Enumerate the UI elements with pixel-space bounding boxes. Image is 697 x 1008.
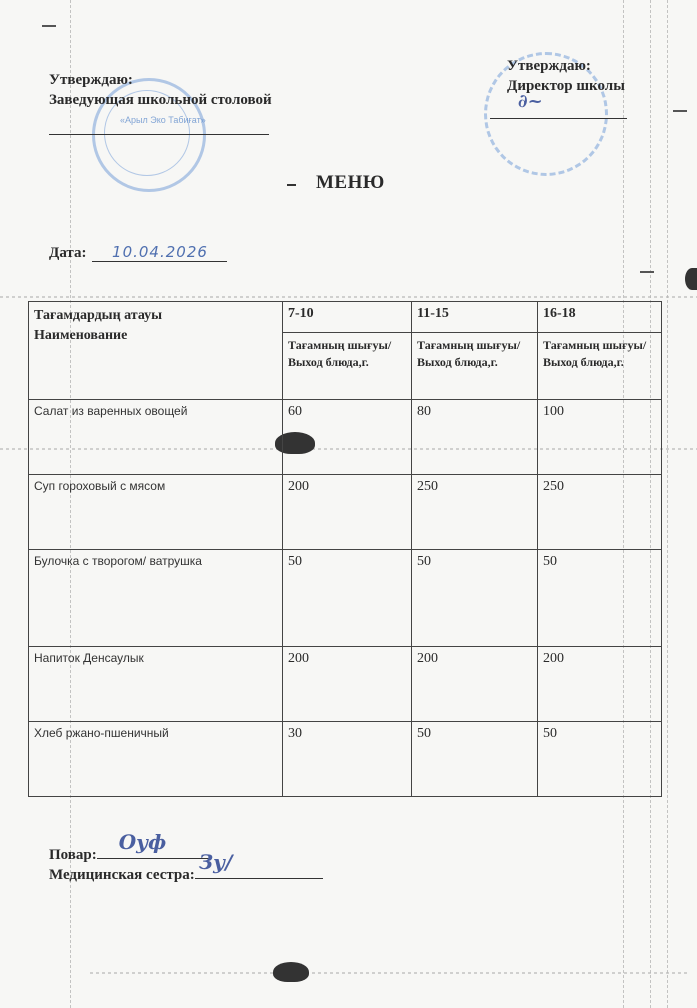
nurse-signature: Зу/ [199,850,233,874]
age-group-header: 7-10 [283,302,412,333]
portion-16-18: 50 [538,722,662,797]
cook-signature-line: Оуф [97,842,210,859]
scan-artifact-line [667,0,668,1008]
date-label: Дата: [49,245,86,261]
table-row: Салат из варенных овощей 60 80 100 [29,400,662,475]
nurse-signature-row: Медицинская сестра:Зу/ [49,862,323,884]
ink-blot [273,962,309,982]
approval-block-left: Утверждаю: Заведующая школьной столовой [49,70,272,135]
scan-artifact-tick [640,271,654,273]
dish-name-header-ru: Наименование [34,326,277,346]
dish-name: Булочка с творогом/ ватрушка [29,550,283,647]
portion-7-10: 60 [283,400,412,475]
cook-signature: Оуф [119,830,166,854]
table-row: Булочка с творогом/ ватрушка 50 50 50 [29,550,662,647]
portion-11-15: 50 [412,550,538,647]
age-group-header: 16-18 [538,302,662,333]
age-group-header: 11-15 [412,302,538,333]
portion-11-15: 80 [412,400,538,475]
nurse-signature-line: Зу/ [195,862,323,879]
portion-11-15: 250 [412,475,538,550]
dish-name: Суп гороховый с мясом [29,475,283,550]
table-header-row: Тағамдардың атауы Наименование 7-10 11-1… [29,302,662,333]
date-row: Дата:10.04.2026 [49,243,227,262]
nurse-label: Медицинская сестра: [49,867,195,883]
dish-name-header: Тағамдардың атауы Наименование [29,302,283,400]
yield-header: Тағамның шығуы/ Выход блюда,г. [412,333,538,400]
yield-header: Тағамның шығуы/ Выход блюда,г. [538,333,662,400]
table-row: Суп гороховый с мясом 200 250 250 [29,475,662,550]
ink-blot [685,268,697,290]
portion-7-10: 200 [283,647,412,722]
portion-7-10: 200 [283,475,412,550]
scan-artifact-streak [90,972,690,974]
cook-signature-row: Повар:Оуф [49,842,210,864]
dish-name: Напиток Денсаулык [29,647,283,722]
portion-11-15: 50 [412,722,538,797]
scan-artifact-tick [673,110,687,112]
approval-block-right: Утверждаю: Директор школы ∂~ [507,56,627,119]
approve-label-right: Утверждаю: [507,56,627,76]
date-value: 10.04.2026 [92,243,227,262]
approve-label-left: Утверждаю: [49,70,272,90]
table-row: Напиток Денсаулык 200 200 200 [29,647,662,722]
portion-7-10: 50 [283,550,412,647]
portion-16-18: 50 [538,550,662,647]
scanned-menu-page: «Арыл Эко Табиғат» Утверждаю: Заведующая… [0,0,697,1008]
cook-label: Повар: [49,847,97,863]
portion-7-10: 30 [283,722,412,797]
table-row: Хлеб ржано-пшеничный 30 50 50 [29,722,662,797]
page-title: МЕНЮ [316,172,385,194]
scan-artifact-streak [0,296,697,298]
director-signature: ∂~ [518,92,543,112]
portion-11-15: 200 [412,647,538,722]
scan-artifact-tick [42,25,56,27]
dish-name-header-kk: Тағамдардың атауы [34,306,277,326]
portion-16-18: 100 [538,400,662,475]
dish-name: Салат из варенных овощей [29,400,283,475]
portion-16-18: 250 [538,475,662,550]
menu-table: Тағамдардың атауы Наименование 7-10 11-1… [28,301,662,797]
approver-position-left: Заведующая школьной столовой [49,90,272,110]
portion-16-18: 200 [538,647,662,722]
yield-header: Тағамның шығуы/ Выход блюда,г. [283,333,412,400]
signature-line-right: ∂~ [490,96,627,119]
signature-line-left [49,112,269,135]
dish-name: Хлеб ржано-пшеничный [29,722,283,797]
title-dash [287,184,296,186]
